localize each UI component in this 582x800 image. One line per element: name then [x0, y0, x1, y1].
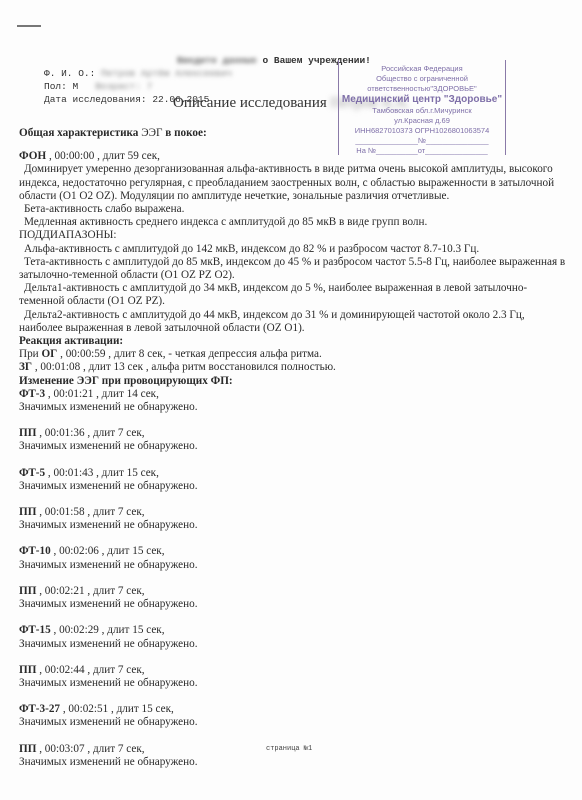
section-heading-rest: Общая характеристика ЭЭГ в покое: — [19, 127, 569, 140]
test-line: ФТ-3-27 , 00:02:51 , длит 15 сек, — [19, 703, 569, 716]
provocation-tests: ФТ-3 , 00:01:21 , длит 14 сек,Значимых и… — [19, 388, 569, 769]
test-label: ПП — [19, 427, 36, 439]
test-result: Значимых изменений не обнаружено. — [19, 559, 569, 572]
subbands-heading: ПОДДИАПАЗОНЫ: — [19, 229, 569, 242]
test-info: , 00:01:21 , длит 14 сек, — [45, 388, 159, 400]
test-label: ПП — [19, 664, 36, 676]
test-result: Значимых изменений не обнаружено. — [19, 519, 569, 532]
heading-part: Общая характеристика — [19, 127, 138, 139]
zg-label: ЗГ — [19, 361, 32, 373]
test-result: Значимых изменений не обнаружено. — [19, 677, 569, 690]
background-info: , 00:00:00 , длит 59 сек, — [46, 150, 160, 162]
test-result: Значимых изменений не обнаружено. — [19, 716, 569, 729]
alpha-description: Альфа-активность с амплитудой до 142 мкВ… — [19, 243, 569, 256]
test-info: , 00:02:44 , длит 7 сек, — [36, 664, 144, 676]
test-line: ФТ-15 , 00:02:29 , длит 15 сек, — [19, 624, 569, 637]
test-info: , 00:01:58 , длит 7 сек, — [36, 506, 144, 518]
test-line: ФТ-10 , 00:02:06 , длит 15 сек, — [19, 545, 569, 558]
test-info: , 00:02:51 , длит 15 сек, — [60, 703, 174, 715]
institution-blurred: Введите данные — [177, 55, 257, 66]
delta2-description: Дельта2-активность с амплитудой до 44 мк… — [19, 309, 569, 335]
test-info: , 00:03:07 , длит 7 сек, — [36, 743, 144, 755]
test-line: ПП , 00:01:58 , длит 7 сек, — [19, 506, 569, 519]
background-label: ФОН — [19, 150, 46, 162]
test-line: ПП , 00:02:21 , длит 7 сек, — [19, 585, 569, 598]
stamp-line: ответственностью"ЗДОРОВЬЕ" — [339, 84, 505, 94]
beta-description: Бета-активность слабо выражена. — [19, 203, 569, 216]
provocation-test: ПП , 00:01:58 , длит 7 сек,Значимых изме… — [19, 506, 569, 532]
test-result: Значимых изменений не обнаружено. — [19, 756, 569, 769]
provocation-test: ФТ-15 , 00:02:29 , длит 15 сек,Значимых … — [19, 624, 569, 650]
provocation-test: ФТ-3-27 , 00:02:51 , длит 15 сек,Значимы… — [19, 703, 569, 729]
zg-line: ЗГ , 00:01:08 , длит 13 сек , альфа ритм… — [19, 361, 569, 374]
age-label: Возраст: 7 — [95, 81, 152, 92]
stamp-line: Российская Федерация — [339, 64, 505, 74]
provocation-test: ПП , 00:02:44 , длит 7 сек,Значимых изме… — [19, 664, 569, 690]
report-body: Общая характеристика ЭЭГ в покое: ФОН , … — [19, 127, 569, 769]
test-label: ФТ-15 — [19, 624, 51, 636]
test-info: , 00:02:21 , длит 7 сек, — [36, 585, 144, 597]
test-result: Значимых изменений не обнаружено. — [19, 598, 569, 611]
stamp-line: ул.Красная д.69 — [339, 116, 505, 126]
heading-part: ЭЭГ — [141, 127, 162, 139]
og-text: , 00:00:59 , длит 8 сек, - четкая депрес… — [57, 348, 322, 360]
test-result: Значимых изменений не обнаружено. — [19, 401, 569, 414]
test-result: Значимых изменений не обнаружено. — [19, 440, 569, 453]
provocation-test: ПП , 00:01:36 , длит 7 сек,Значимых изме… — [19, 427, 569, 453]
test-result: Значимых изменений не обнаружено. — [19, 638, 569, 651]
sex-label: Пол: М — [44, 81, 78, 92]
test-info: , 00:02:06 , длит 15 сек, — [51, 545, 165, 557]
zg-text: , 00:01:08 , длит 13 сек , альфа ритм во… — [32, 361, 336, 373]
test-label: ФТ-10 — [19, 545, 51, 557]
background-line: ФОН , 00:00:00 , длит 59 сек, — [19, 150, 569, 163]
provocation-test: ФТ-10 , 00:02:06 , длит 15 сек,Значимых … — [19, 545, 569, 571]
slow-activity-description: Медленная активность среднего индекса с … — [19, 216, 569, 229]
test-label: ПП — [19, 585, 36, 597]
test-info: , 00:01:43 , длит 15 сек, — [45, 467, 159, 479]
delta1-description: Дельта1-активность с амплитудой до 34 мк… — [19, 282, 569, 308]
test-line: ФТ-3 , 00:01:21 , длит 14 сек, — [19, 388, 569, 401]
og-line: При ОГ , 00:00:59 , длит 8 сек, - четкая… — [19, 348, 569, 361]
test-line: ПП , 00:01:36 , длит 7 сек, — [19, 427, 569, 440]
provocation-test: ФТ-3 , 00:01:21 , длит 14 сек,Значимых и… — [19, 388, 569, 414]
fio-label: Ф. И. О.: — [44, 68, 95, 79]
test-info: , 00:01:36 , длит 7 сек, — [36, 427, 144, 439]
provocation-test: ФТ-5 , 00:01:43 , длит 15 сек,Значимых и… — [19, 467, 569, 493]
test-label: ПП — [19, 743, 36, 755]
test-line: ПП , 00:02:44 , длит 7 сек, — [19, 664, 569, 677]
heading-part: в покое: — [165, 127, 206, 139]
provocation-heading: Изменение ЭЭГ при провоцирующих ФП: — [19, 375, 569, 388]
test-info: , 00:02:29 , длит 15 сек, — [51, 624, 165, 636]
page-number: страница №1 — [266, 745, 312, 753]
provocation-test: ПП , 00:02:21 , длит 7 сек,Значимых изме… — [19, 585, 569, 611]
stamp-line: Общество с ограниченной — [339, 74, 505, 84]
og-label: ОГ — [41, 348, 57, 360]
scan-mark — [17, 25, 41, 27]
test-label: ФТ-3-27 — [19, 703, 60, 715]
test-label: ФТ-5 — [19, 467, 45, 479]
theta-description: Тета-активность с амплитудой до 85 мкВ, … — [19, 256, 569, 282]
background-description: Доминирует умеренно дезорганизованная ал… — [19, 163, 569, 203]
title-text: Описание исследования — [173, 95, 327, 111]
test-line: ФТ-5 , 00:01:43 , длит 15 сек, — [19, 467, 569, 480]
test-label: ПП — [19, 506, 36, 518]
test-result: Значимых изменений не обнаружено. — [19, 480, 569, 493]
fio-value: Петров Артём Алексеевич — [101, 68, 232, 79]
test-label: ФТ-3 — [19, 388, 45, 400]
og-prefix: При — [19, 348, 41, 360]
stamp-line: Медицинский центр "Здоровье" — [339, 94, 505, 106]
activation-heading: Реакция активации: — [19, 335, 569, 348]
stamp-line: Тамбовская обл.г.Мичуринск — [339, 106, 505, 116]
